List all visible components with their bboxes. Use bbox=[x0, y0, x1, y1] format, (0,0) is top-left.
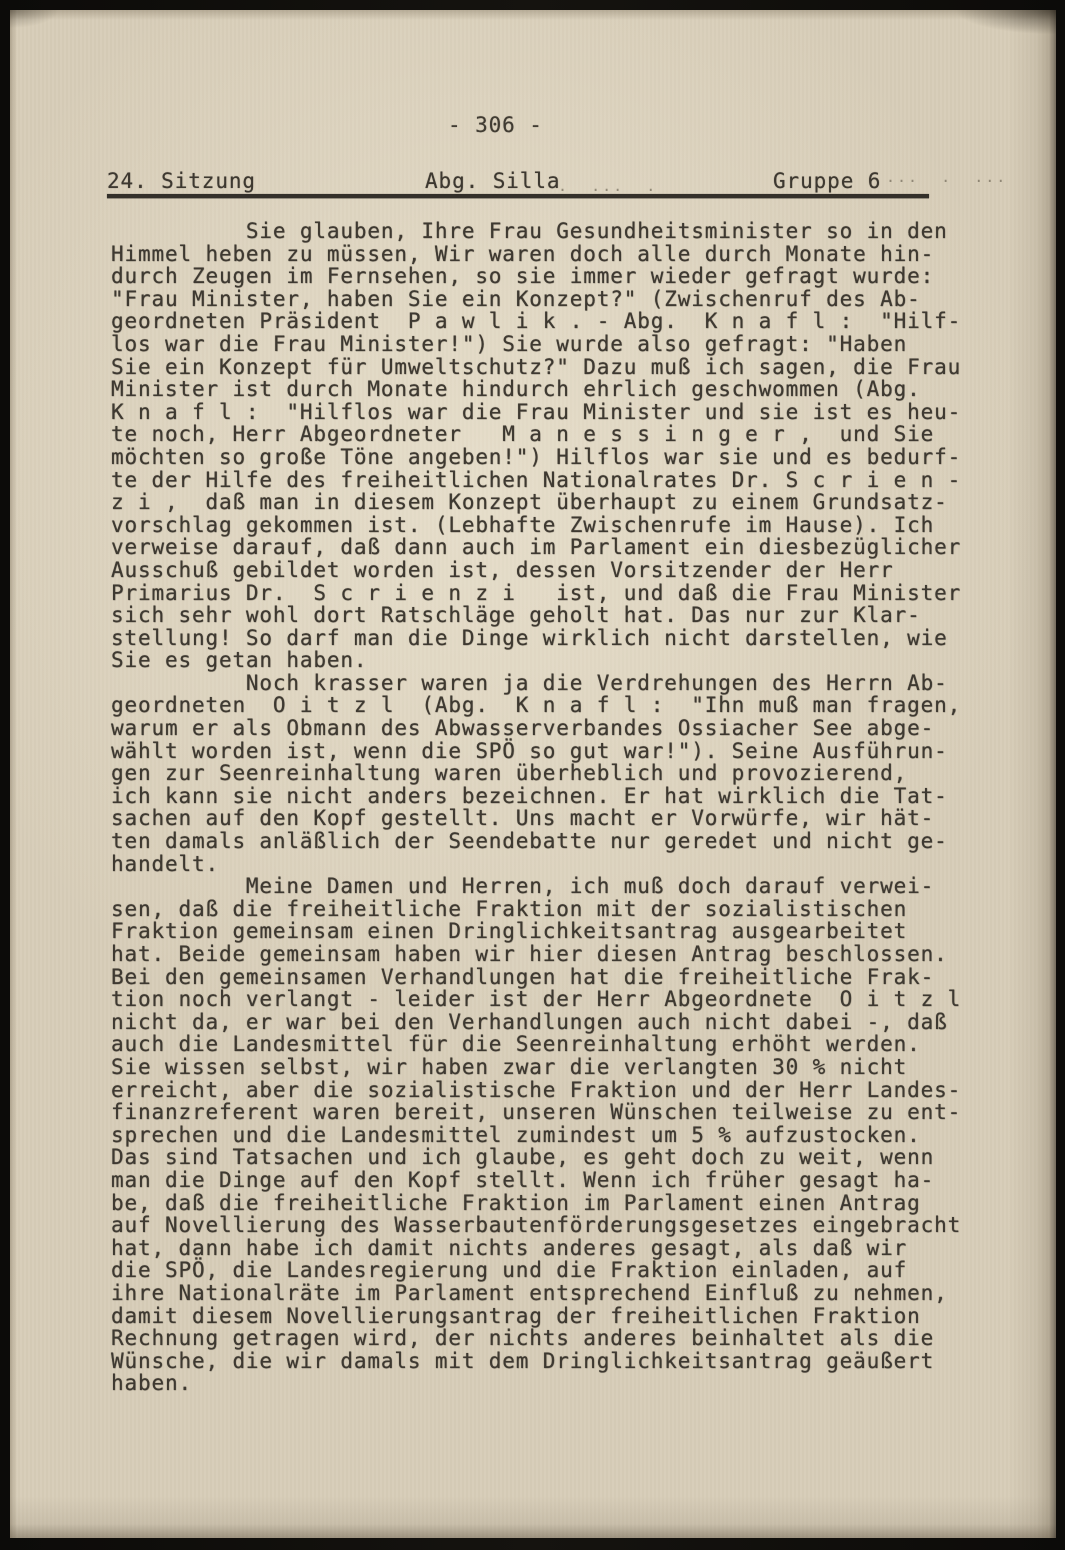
text-line: Primarius Dr. S c r i e n z i ist, und d… bbox=[111, 582, 991, 605]
header-group-label: Gruppe 6 bbox=[773, 169, 881, 193]
text-line: te der Hilfe des freiheitlichen National… bbox=[111, 469, 991, 492]
header-underline-rule bbox=[107, 194, 929, 198]
text-line: ten damals anläßlich der Seendebatte nur… bbox=[111, 830, 991, 853]
text-line: sachen auf den Kopf gestellt. Uns macht … bbox=[111, 807, 991, 830]
text-line: Noch krasser waren ja die Verdrehungen d… bbox=[111, 672, 991, 695]
header-session-label: 24. Sitzung bbox=[107, 169, 256, 193]
text-line: verweise darauf, daß dann auch im Parlam… bbox=[111, 536, 991, 559]
text-line: durch Zeugen im Fernsehen, so sie immer … bbox=[111, 265, 991, 288]
text-line: wählt worden ist, wenn die SPÖ so gut wa… bbox=[111, 740, 991, 763]
text-line: Bei den gemeinsamen Verhandlungen hat di… bbox=[111, 966, 991, 989]
text-line: gen zur Seenreinhaltung waren überheblic… bbox=[111, 762, 991, 785]
text-line: te noch, Herr Abgeordneter M a n e s s i… bbox=[111, 423, 991, 446]
text-line: vorschlag gekommen ist. (Lebhafte Zwisch… bbox=[111, 514, 991, 537]
text-line: damit diesem Novellierungsantrag der fre… bbox=[111, 1305, 991, 1328]
text-line: ihre Nationalräte im Parlament entsprech… bbox=[111, 1282, 991, 1305]
page-header: 24. Sitzung Abg. Silla Gruppe 6 bbox=[107, 169, 929, 197]
text-line: sprechen und die Landesmittel zumindest … bbox=[111, 1124, 991, 1147]
text-line: Himmel heben zu müssen, Wir waren doch a… bbox=[111, 243, 991, 266]
text-line: Sie ein Konzept für Umweltschutz?" Dazu … bbox=[111, 356, 991, 379]
text-line: Rechnung getragen wird, der nichts ander… bbox=[111, 1327, 991, 1350]
text-line: Minister ist durch Monate hindurch ehrli… bbox=[111, 378, 991, 401]
paper-page: - 306 - 24. Sitzung Abg. Silla Gruppe 6 … bbox=[10, 10, 1056, 1538]
text-line: hat. Beide gemeinsam haben wir hier dies… bbox=[111, 943, 991, 966]
text-line: Ausschuß gebildet worden ist, dessen Vor… bbox=[111, 559, 991, 582]
text-line: geordneten O i t z l (Abg. K n a f l : "… bbox=[111, 694, 991, 717]
text-line: handelt. bbox=[111, 853, 991, 876]
text-line: nicht da, er war bei den Verhandlungen a… bbox=[111, 1011, 991, 1034]
text-line: erreicht, aber die sozialistische Frakti… bbox=[111, 1079, 991, 1102]
text-line: möchten so große Töne angeben!") Hilflos… bbox=[111, 446, 991, 469]
text-line: Sie glauben, Ihre Frau Gesundheitsminist… bbox=[111, 220, 991, 243]
body-text: Sie glauben, Ihre Frau Gesundheitsminist… bbox=[111, 220, 991, 1395]
text-line: tion noch verlangt - leider ist der Herr… bbox=[111, 988, 991, 1011]
text-line: warum er als Obmann des Abwasserverbande… bbox=[111, 717, 991, 740]
header-speaker-label: Abg. Silla bbox=[425, 169, 560, 193]
text-line: hat, dann habe ich damit nichts anderes … bbox=[111, 1237, 991, 1260]
text-line: man die Dinge auf den Kopf stellt. Wenn … bbox=[111, 1169, 991, 1192]
scan-artifact-dots: . ... . bbox=[558, 177, 657, 195]
text-line: haben. bbox=[111, 1372, 991, 1395]
text-line: Meine Damen und Herren, ich muß doch dar… bbox=[111, 875, 991, 898]
text-line: die SPÖ, die Landesregierung und die Fra… bbox=[111, 1259, 991, 1282]
text-line: stellung! So darf man die Dinge wirklich… bbox=[111, 627, 991, 650]
text-line: be, daß die freiheitliche Fraktion im Pa… bbox=[111, 1192, 991, 1215]
text-line: sich sehr wohl dort Ratschläge geholt ha… bbox=[111, 604, 991, 627]
text-line: Sie es getan haben. bbox=[111, 649, 991, 672]
text-line: Wünsche, die wir damals mit dem Dringlic… bbox=[111, 1350, 991, 1373]
scan-background: - 306 - 24. Sitzung Abg. Silla Gruppe 6 … bbox=[0, 0, 1065, 1550]
text-line: Sie wissen selbst, wir haben zwar die ve… bbox=[111, 1056, 991, 1079]
text-line: z i , daß man in diesem Konzept überhaup… bbox=[111, 491, 991, 514]
scan-artifact-dots: ... . ... bbox=[886, 168, 1007, 186]
text-line: los war die Frau Minister!") Sie wurde a… bbox=[111, 333, 991, 356]
text-line: ich kann sie nicht anders bezeichnen. Er… bbox=[111, 785, 991, 808]
text-line: geordneten Präsident P a w l i k . - Abg… bbox=[111, 310, 991, 333]
page-number: - 306 - bbox=[448, 113, 543, 137]
text-line: auf Novellierung des Wasserbautenförderu… bbox=[111, 1214, 991, 1237]
text-line: finanzreferent waren bereit, unseren Wün… bbox=[111, 1101, 991, 1124]
text-line: auch die Landesmittel für die Seenreinha… bbox=[111, 1033, 991, 1056]
text-line: "Frau Minister, haben Sie ein Konzept?" … bbox=[111, 288, 991, 311]
text-line: K n a f l : "Hilflos war die Frau Minist… bbox=[111, 401, 991, 424]
text-line: Fraktion gemeinsam einen Dringlichkeitsa… bbox=[111, 920, 991, 943]
text-line: Das sind Tatsachen und ich glaube, es ge… bbox=[111, 1146, 991, 1169]
text-line: sen, daß die freiheitliche Fraktion mit … bbox=[111, 898, 991, 921]
